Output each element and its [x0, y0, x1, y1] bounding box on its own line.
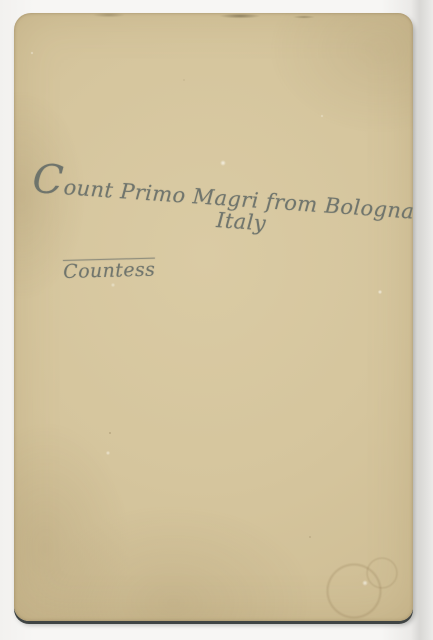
paper-aging-texture — [14, 13, 413, 621]
cabinet-card-back: Count Primo Magri from Bologna Italy Cou… — [14, 13, 413, 621]
scan-background: Count Primo Magri from Bologna Italy Cou… — [0, 0, 433, 640]
handwritten-inscription-countess: Countess — [63, 261, 155, 282]
handwritten-inscription-country: Italy — [216, 210, 267, 234]
